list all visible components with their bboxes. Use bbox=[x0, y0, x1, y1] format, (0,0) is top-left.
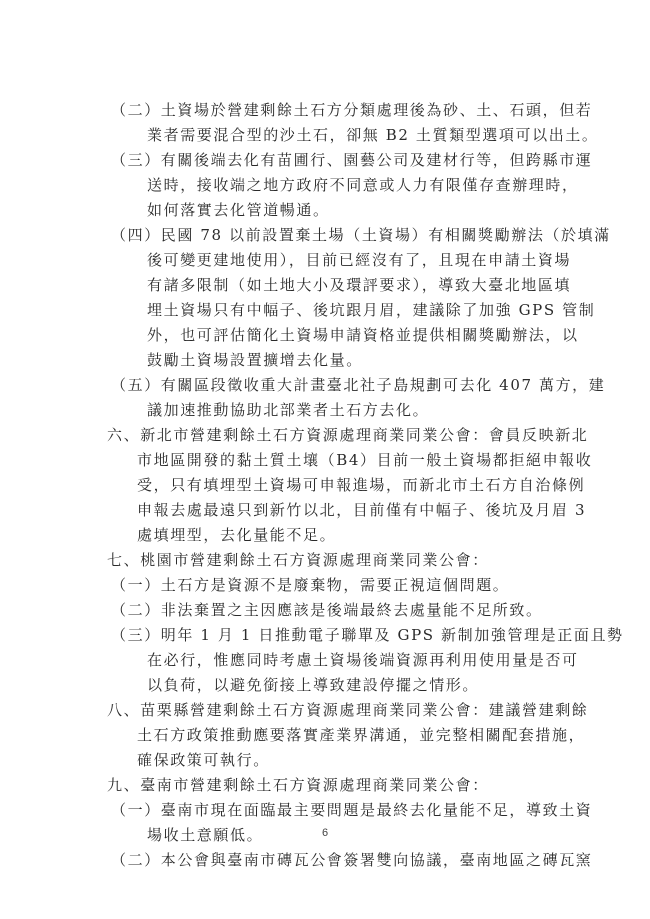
text-line: （二）土資場於營建剩餘土石方分類處理後為砂、土、石頭，但若 bbox=[107, 98, 547, 123]
text-line: 外，也可評估簡化土資場申請資格並提供相關獎勵辦法，以 bbox=[107, 323, 547, 348]
text-line: 六、新北市營建剩餘土石方資源處理商業同業公會：會員反映新北 bbox=[107, 423, 547, 448]
text-line: 議加速推動協助北部業者土石方去化。 bbox=[107, 398, 547, 423]
text-line: 七、桃園市營建剩餘土石方資源處理商業同業公會： bbox=[107, 548, 547, 573]
text-line: 如何落實去化管道暢通。 bbox=[107, 198, 547, 223]
text-line: （二）本公會與臺南市磚瓦公會簽署雙向協議，臺南地區之磚瓦窯 bbox=[107, 848, 547, 873]
text-line: 以負荷，以避免銜接上導致建設停擺之情形。 bbox=[107, 673, 547, 698]
text-line: （五）有關區段徵收重大計畫臺北社子島規劃可去化 407 萬方，建 bbox=[107, 373, 547, 398]
text-line: 在必行，惟應同時考慮土資場後端資源再利用使用量是否可 bbox=[107, 648, 547, 673]
document-page: （二）土資場於營建剩餘土石方分類處理後為砂、土、石頭，但若業者需要混合型的沙土石… bbox=[0, 0, 650, 919]
text-line: 確保政策可執行。 bbox=[107, 748, 547, 773]
text-line: 申報去處最遠只到新竹以北，目前僅有中幅子、後坑及月眉 3 bbox=[107, 498, 547, 523]
text-line: （三）明年 1 月 1 日推動電子聯單及 GPS 新制加強管理是正面且勢 bbox=[107, 623, 547, 648]
text-line: 有諸多限制（如土地大小及環評要求），導致大臺北地區填 bbox=[107, 273, 547, 298]
text-line: 埋土資場只有中幅子、後坑跟月眉，建議除了加強 GPS 管制 bbox=[107, 298, 547, 323]
text-line: 鼓勵土資場設置擴增去化量。 bbox=[107, 348, 547, 373]
text-line: （二）非法棄置之主因應該是後端最終去處量能不足所致。 bbox=[107, 598, 547, 623]
text-line: 市地區開發的黏土質土壤（B4）目前一般土資場都拒絕申報收 bbox=[107, 448, 547, 473]
text-line: 土石方政策推動應要落實產業界溝通，並完整相關配套措施， bbox=[107, 723, 547, 748]
text-line: 八、苗栗縣營建剩餘土石方資源處理商業同業公會：建議營建剩餘 bbox=[107, 698, 547, 723]
text-line: （四）民國 78 以前設置棄土場（土資場）有相關獎勵辦法（於填滿 bbox=[107, 223, 547, 248]
text-line: 受，只有填埋型土資場可申報進場，而新北市土石方自治條例 bbox=[107, 473, 547, 498]
document-body: （二）土資場於營建剩餘土石方分類處理後為砂、土、石頭，但若業者需要混合型的沙土石… bbox=[107, 98, 547, 873]
text-line: 九、臺南市營建剩餘土石方資源處理商業同業公會： bbox=[107, 773, 547, 798]
text-line: 業者需要混合型的沙土石，卻無 B2 土質類型選項可以出土。 bbox=[107, 123, 547, 148]
text-line: 送時，接收端之地方政府不同意或人力有限僅存查辦理時， bbox=[107, 173, 547, 198]
text-line: （一）土石方是資源不是廢棄物，需要正視這個問題。 bbox=[107, 573, 547, 598]
text-line: （三）有關後端去化有苗圃行、園藝公司及建材行等，但跨縣市運 bbox=[107, 148, 547, 173]
text-line: （一）臺南市現在面臨最主要問題是最終去化量能不足，導致土資 bbox=[107, 798, 547, 823]
page-number: 6 bbox=[0, 827, 650, 839]
text-line: 後可變更建地使用），目前已經沒有了，且現在申請土資場 bbox=[107, 248, 547, 273]
text-line: 處填埋型，去化量能不足。 bbox=[107, 523, 547, 548]
